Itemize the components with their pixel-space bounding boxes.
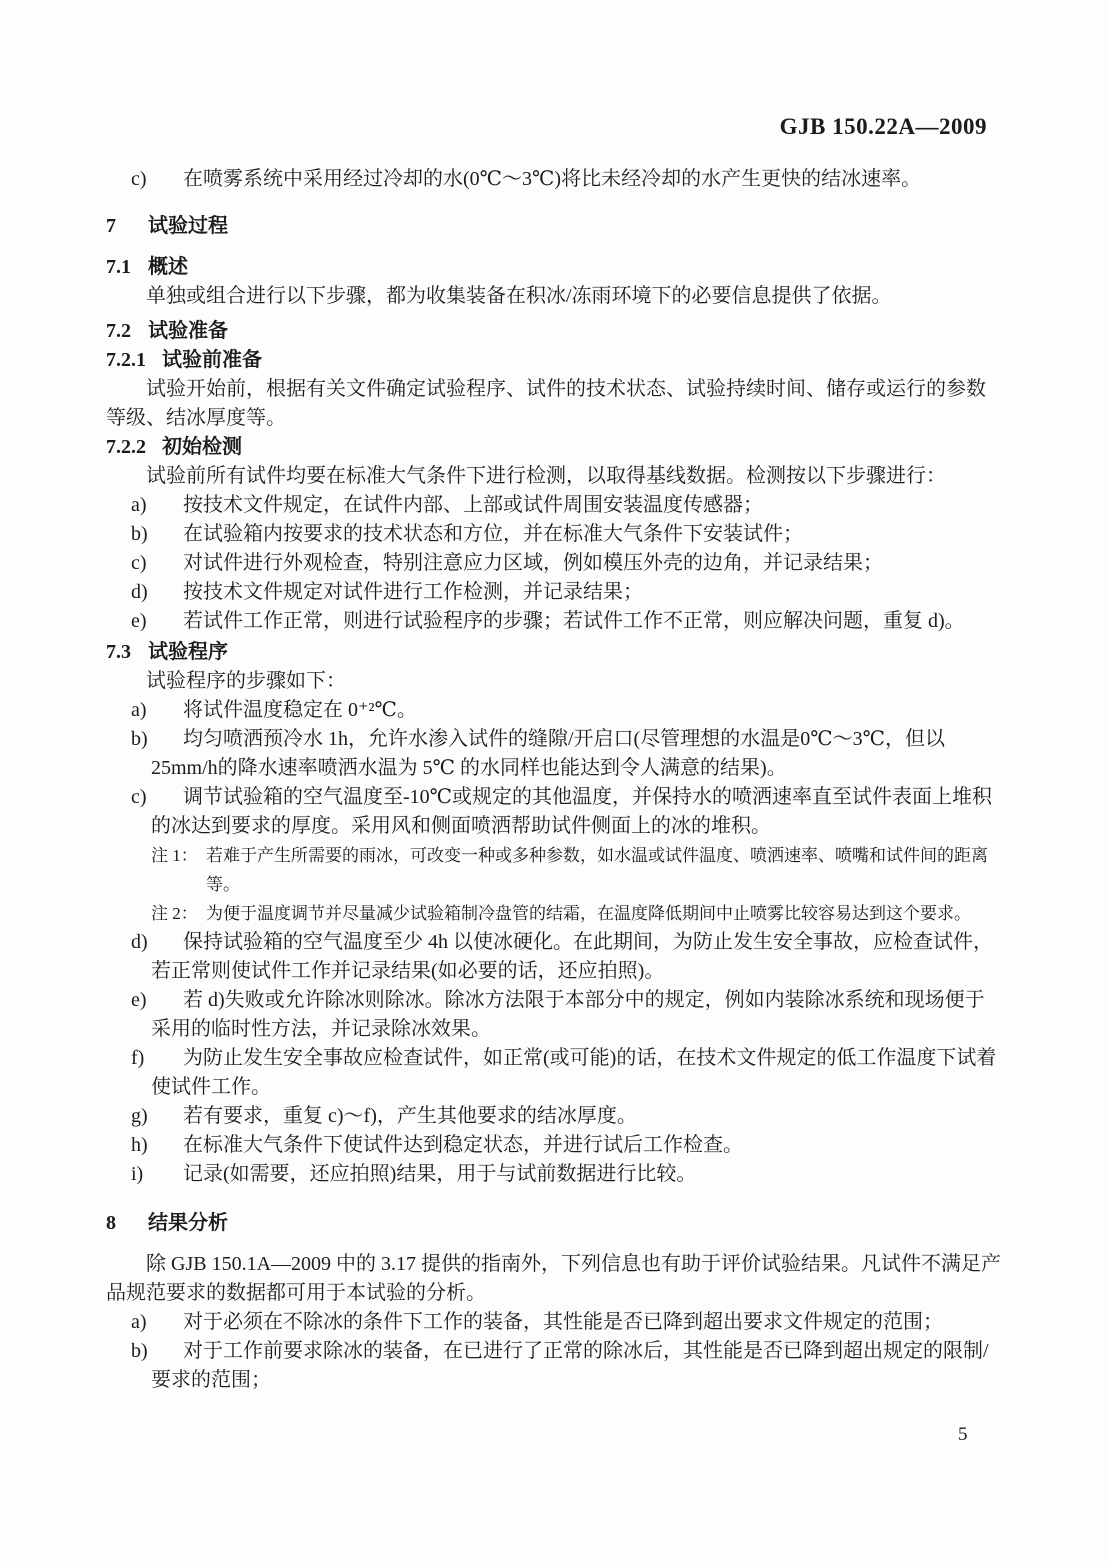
item-text: 按技术文件规定，在试件内部、上部或试件周围安装温度传感器；: [183, 494, 763, 516]
item-text: 记录(如需要，还应拍照)结果，用于与试前数据进行比较。: [183, 1163, 696, 1185]
heading-title: 试验过程: [148, 215, 228, 237]
list-item: d)保持试验箱的空气温度至少 4h 以使冰硬化。在此期间，为防止发生安全事故，应…: [106, 928, 1003, 986]
paragraph: 试验开始前，根据有关文件确定试验程序、试件的技术状态、试验持续时间、储存或运行的…: [106, 375, 1003, 433]
heading-title: 试验程序: [148, 641, 228, 663]
heading-number: 7.2: [106, 317, 132, 346]
heading-number: 7.3: [106, 638, 132, 667]
section-7-2-2-heading: 7.2.2初始检测: [106, 433, 1003, 462]
heading-title: 试验前准备: [162, 349, 262, 371]
item-marker: a): [131, 491, 183, 520]
heading-number: 8: [106, 1209, 132, 1238]
list-item-intro-c: c)在喷雾系统中采用经过冷却的水(0℃～3℃)将比未经冷却的水产生更快的结冰速率…: [106, 165, 1003, 194]
note-text: 若难于产生所需要的雨冰，可改变一种或多种参数，如水温或试件温度、喷洒速率、喷嘴和…: [206, 846, 988, 894]
item-text: 在喷雾系统中采用经过冷却的水(0℃～3℃)将比未经冷却的水产生更快的结冰速率。: [183, 168, 921, 190]
heading-number: 7.2.1: [106, 346, 146, 375]
item-marker: b): [131, 1337, 183, 1366]
item-text: 为防止发生安全事故应检查试件，如正常(或可能)的话，在技术文件规定的低工作温度下…: [151, 1047, 996, 1098]
item-text: 若 d)失败或允许除冰则除冰。除冰方法限于本部分中的规定，例如内装除冰系统和现场…: [151, 989, 985, 1040]
heading-number: 7.2.2: [106, 433, 146, 462]
item-marker: c): [131, 165, 183, 194]
item-text: 在标准大气条件下使试件达到稳定状态，并进行试后工作检查。: [183, 1134, 743, 1156]
list-item: b)对于工作前要求除冰的装备，在已进行了正常的除冰后，其性能是否已降到超出规定的…: [106, 1337, 1003, 1395]
list-item: i)记录(如需要，还应拍照)结果，用于与试前数据进行比较。: [106, 1160, 1003, 1189]
list-item: a)按技术文件规定，在试件内部、上部或试件周围安装温度传感器；: [106, 491, 1003, 520]
heading-title: 试验准备: [148, 320, 228, 342]
item-marker: e): [131, 986, 183, 1015]
section-7-heading: 7试验过程: [106, 212, 1003, 241]
item-marker: g): [131, 1102, 183, 1131]
item-text: 若试件工作正常，则进行试验程序的步骤；若试件工作不正常，则应解决问题，重复 d)…: [183, 610, 965, 632]
list-item: c)对试件进行外观检查，特别注意应力区域，例如模压外壳的边角，并记录结果；: [106, 549, 1003, 578]
list-item: b)在试验箱内按要求的技术状态和方位，并在标准大气条件下安装试件；: [106, 520, 1003, 549]
section-7-2-1-heading: 7.2.1试验前准备: [106, 346, 1003, 375]
document-page: GJB 150.22A—2009 c)在喷雾系统中采用经过冷却的水(0℃～3℃)…: [0, 0, 1109, 1567]
paragraph: 除 GJB 150.1A—2009 中的 3.17 提供的指南外，下列信息也有助…: [106, 1250, 1003, 1308]
item-text: 按技术文件规定对试件进行工作检测，并记录结果；: [183, 581, 643, 603]
item-marker: a): [131, 1308, 183, 1337]
list-item: a)对于必须在不除冰的条件下工作的装备，其性能是否已降到超出要求文件规定的范围；: [106, 1308, 1003, 1337]
standard-number: GJB 150.22A—2009: [780, 114, 987, 139]
item-marker: f): [131, 1044, 183, 1073]
heading-title: 初始检测: [162, 436, 242, 458]
item-marker: d): [131, 578, 183, 607]
item-marker: d): [131, 928, 183, 957]
item-text: 对于必须在不除冰的条件下工作的装备，其性能是否已降到超出要求文件规定的范围；: [183, 1311, 943, 1333]
item-marker: c): [131, 549, 183, 578]
list-item: a)将试件温度稳定在 0⁺²℃。: [106, 696, 1003, 725]
list-item: e)若试件工作正常，则进行试验程序的步骤；若试件工作不正常，则应解决问题，重复 …: [106, 607, 1003, 636]
section-8-heading: 8结果分析: [106, 1209, 1003, 1238]
item-text: 若有要求，重复 c)～f)，产生其他要求的结冰厚度。: [183, 1105, 637, 1127]
note-marker: 注 1：: [151, 841, 206, 870]
item-text: 调节试验箱的空气温度至-10℃或规定的其他温度，并保持水的喷洒速率直至试件表面上…: [151, 786, 992, 837]
note-text: 为便于温度调节并尽量减少试验箱制冷盘管的结霜，在温度降低期间中止喷雾比较容易达到…: [206, 904, 971, 923]
item-marker: e): [131, 607, 183, 636]
item-text: 在试验箱内按要求的技术状态和方位，并在标准大气条件下安装试件；: [183, 523, 803, 545]
item-text: 将试件温度稳定在 0⁺²℃。: [183, 699, 417, 721]
note-1: 注 1：若难于产生所需要的雨冰，可改变一种或多种参数，如水温或试件温度、喷洒速率…: [106, 841, 1003, 899]
paragraph: 单独或组合进行以下步骤，都为收集装备在积冰/冻雨环境下的必要信息提供了依据。: [106, 282, 1003, 311]
section-7-1-heading: 7.1概述: [106, 253, 1003, 282]
document-content: c)在喷雾系统中采用经过冷却的水(0℃～3℃)将比未经冷却的水产生更快的结冰速率…: [106, 165, 1003, 1395]
item-text: 对试件进行外观检查，特别注意应力区域，例如模压外壳的边角，并记录结果；: [183, 552, 883, 574]
list-item: c)调节试验箱的空气温度至-10℃或规定的其他温度，并保持水的喷洒速率直至试件表…: [106, 783, 1003, 841]
section-7-3-heading: 7.3试验程序: [106, 638, 1003, 667]
list-item: b)均匀喷洒预冷水 1h，允许水渗入试件的缝隙/开启口(尽管理想的水温是0℃～3…: [106, 725, 1003, 783]
item-text: 对于工作前要求除冰的装备，在已进行了正常的除冰后，其性能是否已降到超出规定的限制…: [151, 1340, 989, 1391]
item-marker: a): [131, 696, 183, 725]
note-2: 注 2：为便于温度调节并尽量减少试验箱制冷盘管的结霜，在温度降低期间中止喷雾比较…: [106, 899, 1003, 928]
paragraph: 试验程序的步骤如下：: [106, 667, 1003, 696]
item-text: 均匀喷洒预冷水 1h，允许水渗入试件的缝隙/开启口(尽管理想的水温是0℃～3℃，…: [151, 728, 945, 779]
item-marker: b): [131, 520, 183, 549]
list-item: g)若有要求，重复 c)～f)，产生其他要求的结冰厚度。: [106, 1102, 1003, 1131]
page-header: GJB 150.22A—2009: [106, 112, 1003, 141]
note-marker: 注 2：: [151, 899, 206, 928]
item-marker: i): [131, 1160, 183, 1189]
list-item: h)在标准大气条件下使试件达到稳定状态，并进行试后工作检查。: [106, 1131, 1003, 1160]
page-number: 5: [958, 1420, 968, 1449]
heading-number: 7.1: [106, 253, 132, 282]
item-text: 保持试验箱的空气温度至少 4h 以使冰硬化。在此期间，为防止发生安全事故，应检查…: [151, 931, 993, 982]
heading-number: 7: [106, 212, 132, 241]
item-marker: b): [131, 725, 183, 754]
item-marker: c): [131, 783, 183, 812]
heading-title: 结果分析: [148, 1212, 228, 1234]
heading-title: 概述: [148, 256, 188, 278]
list-item: f)为防止发生安全事故应检查试件，如正常(或可能)的话，在技术文件规定的低工作温…: [106, 1044, 1003, 1102]
list-item: d)按技术文件规定对试件进行工作检测，并记录结果；: [106, 578, 1003, 607]
paragraph: 试验前所有试件均要在标准大气条件下进行检测，以取得基线数据。检测按以下步骤进行：: [106, 462, 1003, 491]
item-marker: h): [131, 1131, 183, 1160]
section-7-2-heading: 7.2试验准备: [106, 317, 1003, 346]
list-item: e)若 d)失败或允许除冰则除冰。除冰方法限于本部分中的规定，例如内装除冰系统和…: [106, 986, 1003, 1044]
